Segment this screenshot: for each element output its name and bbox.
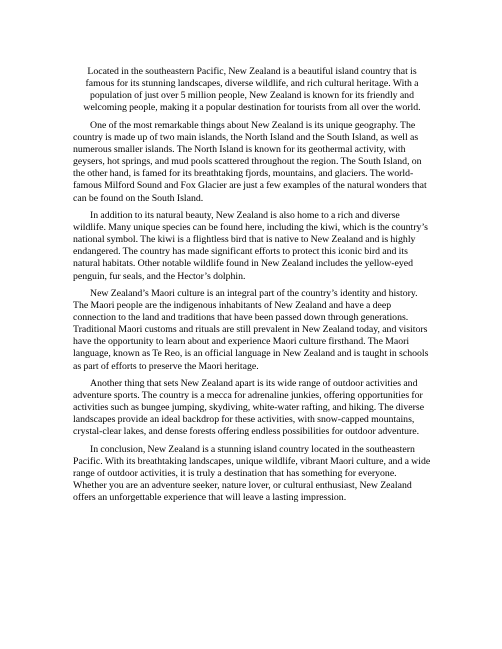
- paragraph: Another thing that sets New Zealand apar…: [73, 378, 431, 439]
- document-body: Located in the southeastern Pacific, New…: [73, 66, 431, 504]
- paragraph: Located in the southeastern Pacific, New…: [73, 66, 431, 115]
- paragraph: In conclusion, New Zealand is a stunning…: [73, 444, 431, 505]
- paragraph: One of the most remarkable things about …: [73, 120, 431, 205]
- document-page: Located in the southeastern Pacific, New…: [0, 0, 502, 649]
- paragraph: In addition to its natural beauty, New Z…: [73, 210, 431, 283]
- paragraph: New Zealand’s Maori culture is an integr…: [73, 288, 431, 373]
